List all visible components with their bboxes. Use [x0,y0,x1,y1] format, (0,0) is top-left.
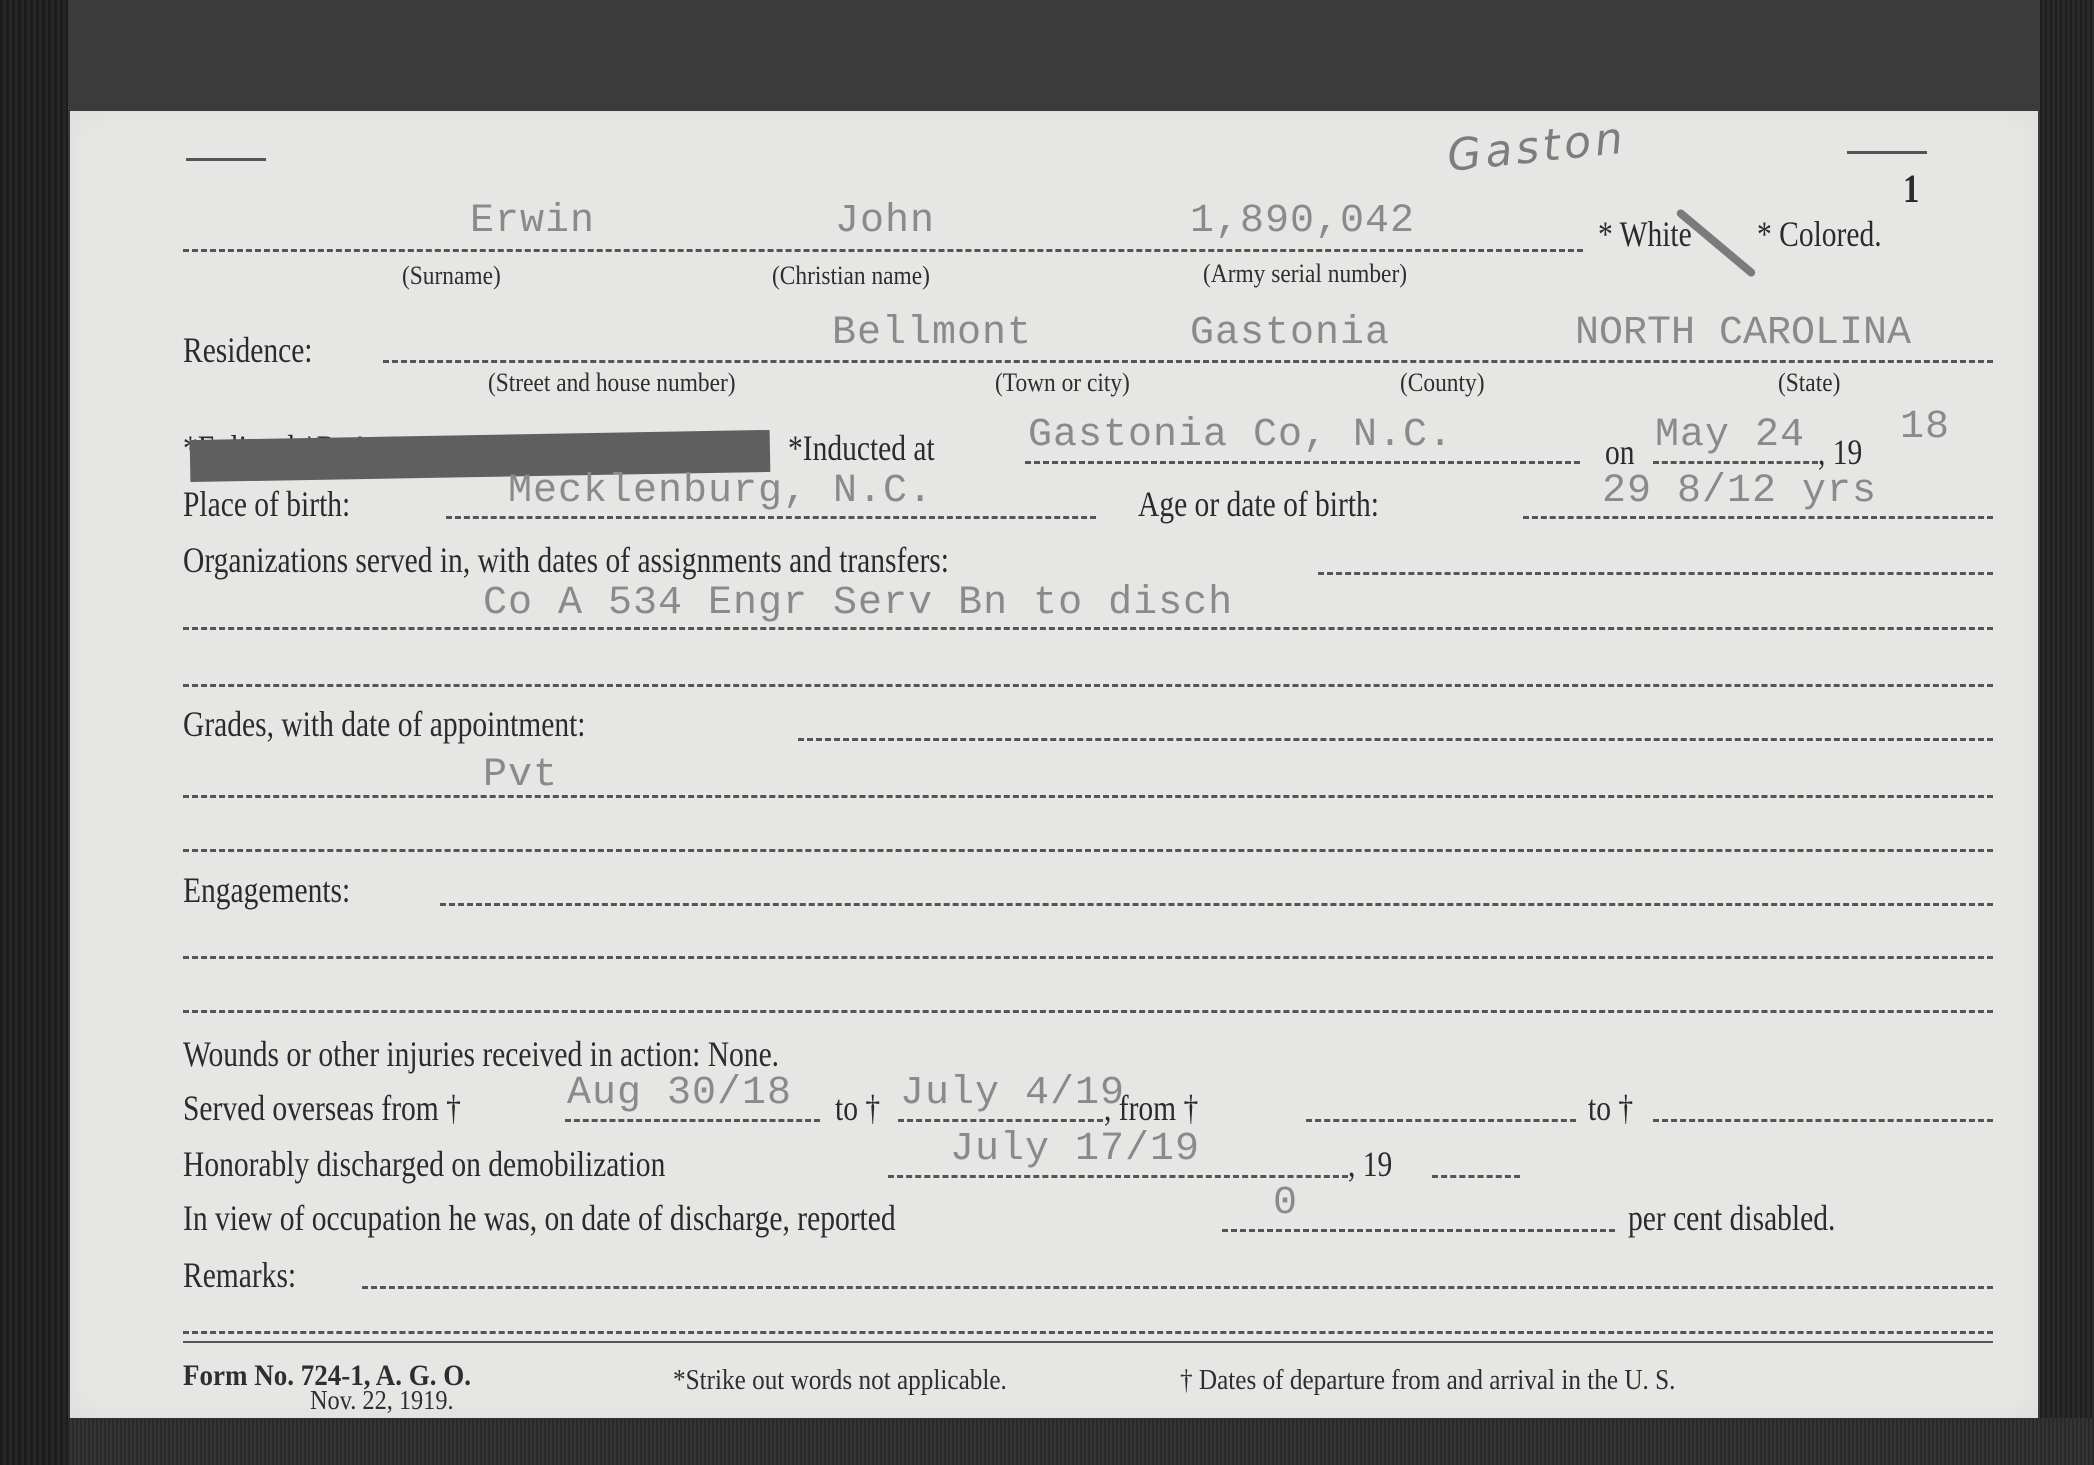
age-value: 29 8/12 yrs [1602,469,1877,514]
serial-number-value: 1,890,042 [1190,199,1415,244]
remarks-line-2 [183,1331,1993,1334]
overseas-to-label: to † [835,1087,880,1129]
inducted-place-value: Gastonia Co, N.C. [1028,413,1453,458]
place-of-birth-line [446,516,1096,519]
on-label: on [1605,431,1635,473]
town-label: (Town or city) [995,368,1130,398]
discharge-year-line [1432,1175,1520,1178]
wounds-label: Wounds or other injuries received in act… [183,1033,779,1075]
grades-line-2 [183,795,1993,798]
residence-state-value: NORTH CAROLINA [1575,311,1911,356]
induction-year-value: 18 [1900,405,1950,450]
remarks-label: Remarks: [183,1254,296,1296]
surname-label: (Surname) [402,261,501,291]
induction-date-line [1653,461,1818,464]
grades-value: Pvt [483,753,558,798]
disability-line [1222,1229,1615,1232]
race-white-option: * White [1598,213,1692,255]
form-date: Nov. 22, 1919. [310,1385,454,1416]
age-label: Age or date of birth: [1138,483,1379,525]
disability-value: 0 [1273,1181,1298,1226]
engagements-line-2 [183,956,1993,959]
discharge-date-line [888,1175,1348,1178]
race-colored-option: * Colored. [1757,213,1882,255]
background-left-strip [0,0,68,1465]
overseas-to2-line [1653,1119,1993,1122]
serial-number-label: (Army serial number) [1203,259,1407,289]
overseas-from2-line [1306,1119,1576,1122]
disability-label: In view of occupation he was, on date of… [183,1197,896,1239]
residence-county-value: Gastonia [1190,311,1390,356]
organizations-line-3 [183,684,1993,687]
place-of-birth-value: Mecklenburg, N.C. [508,469,933,514]
christian-name-value: John [835,199,935,244]
top-left-rule [186,158,266,161]
footer-rule [183,1341,1993,1343]
street-label: (Street and house number) [488,368,736,398]
residence-label: Residence: [183,329,313,371]
induction-date-value: May 24 [1655,413,1805,458]
organizations-line-1 [1318,572,1993,575]
overseas-from-value: Aug 30/18 [567,1071,792,1116]
grades-line-1 [798,738,1993,741]
inducted-place-line [1025,461,1580,464]
top-right-rule [1847,151,1927,154]
christian-name-label: (Christian name) [772,261,930,291]
background-right-strip [2040,0,2094,1465]
discharge-label: Honorably discharged on demobilization [183,1143,665,1185]
strike-note: *Strike out words not applicable. [673,1365,1007,1397]
county-label: (County) [1400,368,1485,398]
overseas-from-line [565,1119,820,1122]
state-label: (State) [1778,368,1840,398]
disability-suffix: per cent disabled. [1628,1197,1835,1239]
place-of-birth-label: Place of birth: [183,483,350,525]
year-prefix: , 19 [1818,431,1862,473]
surname-value: Erwin [470,199,595,244]
name-line [183,249,1583,252]
organizations-label: Organizations served in, with dates of a… [183,539,949,581]
engagements-line-1 [440,903,1993,906]
residence-town-value: Bellmont [832,311,1032,356]
overseas-to2-label: to † [1588,1087,1633,1129]
engagements-label: Engagements: [183,869,350,911]
grades-line-3 [183,849,1993,852]
remarks-line-1 [362,1286,1993,1289]
overseas-to-line [898,1119,1103,1122]
organizations-line-2 [183,627,1993,630]
overseas-to-value: July 4/19 [900,1071,1125,1116]
handwritten-county: Gaston [1445,112,1629,182]
overseas-from-label: Served overseas from † [183,1087,461,1129]
background-top [68,0,2094,112]
discharge-date-value: July 17/19 [950,1127,1200,1172]
age-line [1523,516,1993,519]
inducted-at-label: *Inducted at [788,427,935,469]
grades-label: Grades, with date of appointment: [183,703,586,745]
card-number: 1 [1903,165,1919,212]
engagements-line-3 [183,1010,1993,1013]
residence-line [383,360,1993,363]
dates-note: † Dates of departure from and arrival in… [1180,1365,1675,1397]
background-bottom [68,1418,2094,1465]
discharge-year-label: , 19 [1348,1143,1392,1185]
overseas-from2-label: , from † [1104,1087,1198,1129]
organizations-value: Co A 534 Engr Serv Bn to disch [483,581,1233,626]
service-record-card: 1 Gaston Erwin John 1,890,042 * White * … [70,111,2038,1418]
